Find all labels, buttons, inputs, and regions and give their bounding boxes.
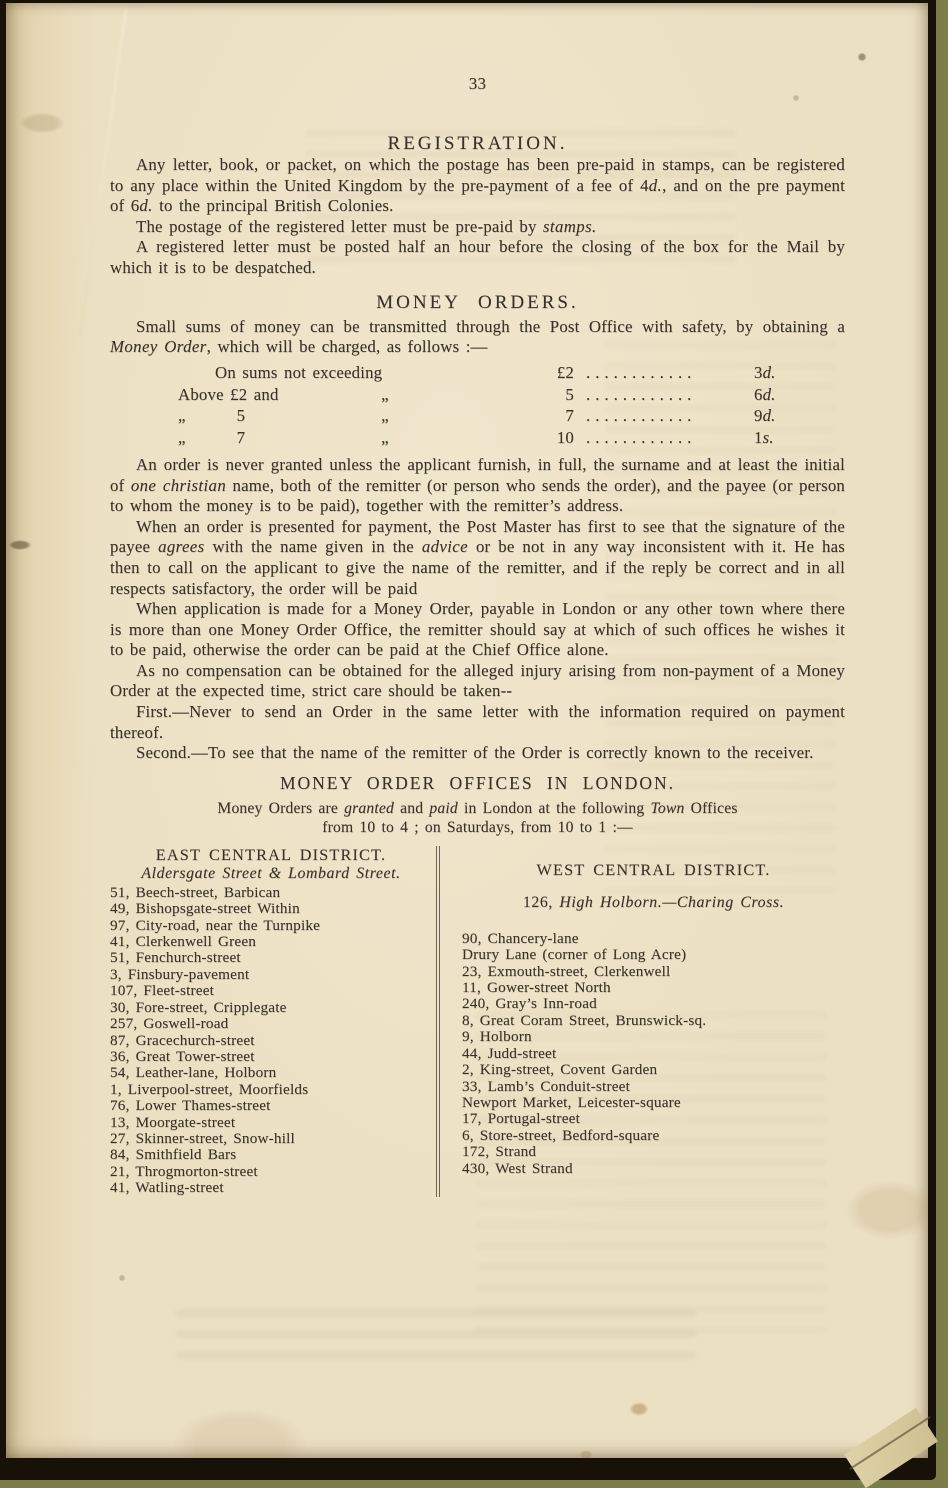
show-through-smudge <box>176 1301 696 1363</box>
office-address: 33, Lamb’s Conduit-street <box>462 1079 845 1095</box>
fee-limit-cell: 10 <box>424 427 574 449</box>
office-address: Drury Lane (corner of Long Acre) <box>462 947 845 963</box>
money-orders-paragraphs: An order is never granted unless the app… <box>110 455 845 764</box>
paragraph: When an order is presented for payment, … <box>110 517 845 599</box>
office-address: 51, Beech-street, Barbican <box>110 885 432 901</box>
office-address: 13, Moorgate-street <box>110 1115 432 1131</box>
fee-table-row: „ 5„7............9d. <box>178 405 845 427</box>
west-district-subtitle: 126, High Holborn.—Charing Cross. <box>462 894 845 912</box>
scanned-book-page: { "colors": { "paper": "#ece0c3", "ink":… <box>0 0 948 1488</box>
fee-table-row: „ 7„10............1s. <box>178 427 845 449</box>
fee-limit-cell: 5 <box>424 384 574 406</box>
fee-limit-cell: £2 <box>424 362 574 384</box>
fee-label-cell: „ 7 <box>178 427 346 449</box>
money-order-fee-table: On sums not exceeding£2............3d.Ab… <box>178 362 845 449</box>
office-address: 172, Strand <box>462 1144 845 1160</box>
office-address: 257, Goswell-road <box>110 1016 432 1032</box>
east-office-list: 51, Beech-street, Barbican49, Bishopsgat… <box>110 885 432 1197</box>
column-divider-rule <box>436 846 440 1197</box>
page-content: 33 REGISTRATION. Any letter, book, or pa… <box>6 74 928 1197</box>
office-address: 30, Fore-street, Cripplegate <box>110 1000 432 1016</box>
book-page: 33 REGISTRATION. Any letter, book, or pa… <box>6 3 928 1458</box>
offices-intro: Money Orders are granted and paid in Lon… <box>110 799 845 838</box>
east-district-title: EAST CENTRAL DISTRICT. <box>110 846 432 865</box>
fee-dots-cell: ............ <box>574 427 746 449</box>
fee-ditto-cell: „ <box>346 384 424 406</box>
office-address: 430, West Strand <box>462 1161 845 1177</box>
fee-amount-cell: 1s. <box>746 427 845 449</box>
fee-label-cell: Above £2 and <box>178 384 346 406</box>
office-address: Newport Market, Leicester-square <box>462 1095 845 1111</box>
fee-dots-cell: ............ <box>574 384 746 406</box>
paragraph: First.—Never to send an Order in the sam… <box>110 702 845 743</box>
offices-intro-line2: from 10 to 4 ; on Saturdays, from 10 to … <box>110 818 845 838</box>
office-address: 107, Fleet-street <box>110 983 432 999</box>
west-district-title: WEST CENTRAL DISTRICT. <box>462 861 845 880</box>
office-address: 76, Lower Thames-street <box>110 1098 432 1114</box>
east-district-subtitle: Aldersgate Street & Lombard Street. <box>110 865 432 883</box>
office-address: 44, Judd-street <box>462 1046 845 1062</box>
offices-intro-line1: Money Orders are granted and paid in Lon… <box>110 799 845 819</box>
office-address: 21, Throgmorton-street <box>110 1164 432 1180</box>
office-address: 2, King-street, Covent Garden <box>462 1062 845 1078</box>
paragraph: Any letter, book, or packet, on which th… <box>110 155 845 217</box>
paragraph: When application is made for a Money Ord… <box>110 599 845 661</box>
office-address: 17, Portugal-street <box>462 1111 845 1127</box>
fee-dots-cell: ............ <box>574 405 746 427</box>
fee-amount-cell: 3d. <box>746 362 845 384</box>
paragraph: Second.—To see that the name of the remi… <box>110 743 845 764</box>
section-title-offices: MONEY ORDER OFFICES IN LONDON. <box>110 773 845 794</box>
registration-paragraphs: Any letter, book, or packet, on which th… <box>110 155 845 279</box>
office-address: 27, Skinner-street, Snow-hill <box>110 1131 432 1147</box>
office-address: 23, Exmouth-street, Clerkenwell <box>462 964 845 980</box>
office-address: 87, Gracechurch-street <box>110 1033 432 1049</box>
fee-limit-cell: 7 <box>424 405 574 427</box>
fee-dots-cell: ............ <box>574 362 746 384</box>
office-address: 51, Fenchurch-street <box>110 950 432 966</box>
office-address: 54, Leather-lane, Holborn <box>110 1065 432 1081</box>
section-title-money-orders: MONEY ORDERS. <box>110 292 845 314</box>
office-address: 90, Chancery-lane <box>462 931 845 947</box>
office-address: 49, Bishopsgate-street Within <box>110 901 432 917</box>
fee-ditto-cell: „ <box>346 427 424 449</box>
offices-columns: EAST CENTRAL DISTRICT. Aldersgate Street… <box>110 846 845 1197</box>
fee-ditto-cell: „ <box>346 405 424 427</box>
fee-label-cell: „ 5 <box>178 405 346 427</box>
money-orders-intro: Small sums of money can be transmitted t… <box>110 317 845 358</box>
paragraph: A registered letter must be posted half … <box>110 237 845 278</box>
east-central-district-column: EAST CENTRAL DISTRICT. Aldersgate Street… <box>110 846 432 1197</box>
office-address: 84, Smithfield Bars <box>110 1147 432 1163</box>
page-number: 33 <box>110 74 845 94</box>
office-address: 3, Finsbury-pavement <box>110 967 432 983</box>
office-address: 8, Great Coram Street, Brunswick-sq. <box>462 1013 845 1029</box>
office-address: 36, Great Tower-street <box>110 1049 432 1065</box>
section-title-registration: REGISTRATION. <box>110 133 845 155</box>
paragraph: An order is never granted unless the app… <box>110 455 845 517</box>
fee-label-cell: On sums not exceeding <box>178 362 424 384</box>
office-address: 6, Store-street, Bedford-square <box>462 1128 845 1144</box>
office-address: 9, Holborn <box>462 1029 845 1045</box>
fee-table-row: On sums not exceeding£2............3d. <box>178 362 845 384</box>
paragraph: As no compensation can be obtained for t… <box>110 661 845 702</box>
office-address: 41, Clerkenwell Green <box>110 934 432 950</box>
west-central-district-column: WEST CENTRAL DISTRICT. 126, High Holborn… <box>440 846 845 1197</box>
office-address: 1, Liverpool-street, Moorfields <box>110 1082 432 1098</box>
office-address: 41, Watling-street <box>110 1180 432 1196</box>
office-address: 11, Gower-street North <box>462 980 845 996</box>
office-address: 240, Gray’s Inn-road <box>462 996 845 1012</box>
fee-table-row: Above £2 and„5............6d. <box>178 384 845 406</box>
west-office-list: 90, Chancery-laneDrury Lane (corner of L… <box>462 931 845 1177</box>
fee-amount-cell: 9d. <box>746 405 845 427</box>
paragraph: The postage of the registered letter mus… <box>110 217 845 238</box>
office-address: 97, City-road, near the Turnpike <box>110 918 432 934</box>
fee-amount-cell: 6d. <box>746 384 845 406</box>
